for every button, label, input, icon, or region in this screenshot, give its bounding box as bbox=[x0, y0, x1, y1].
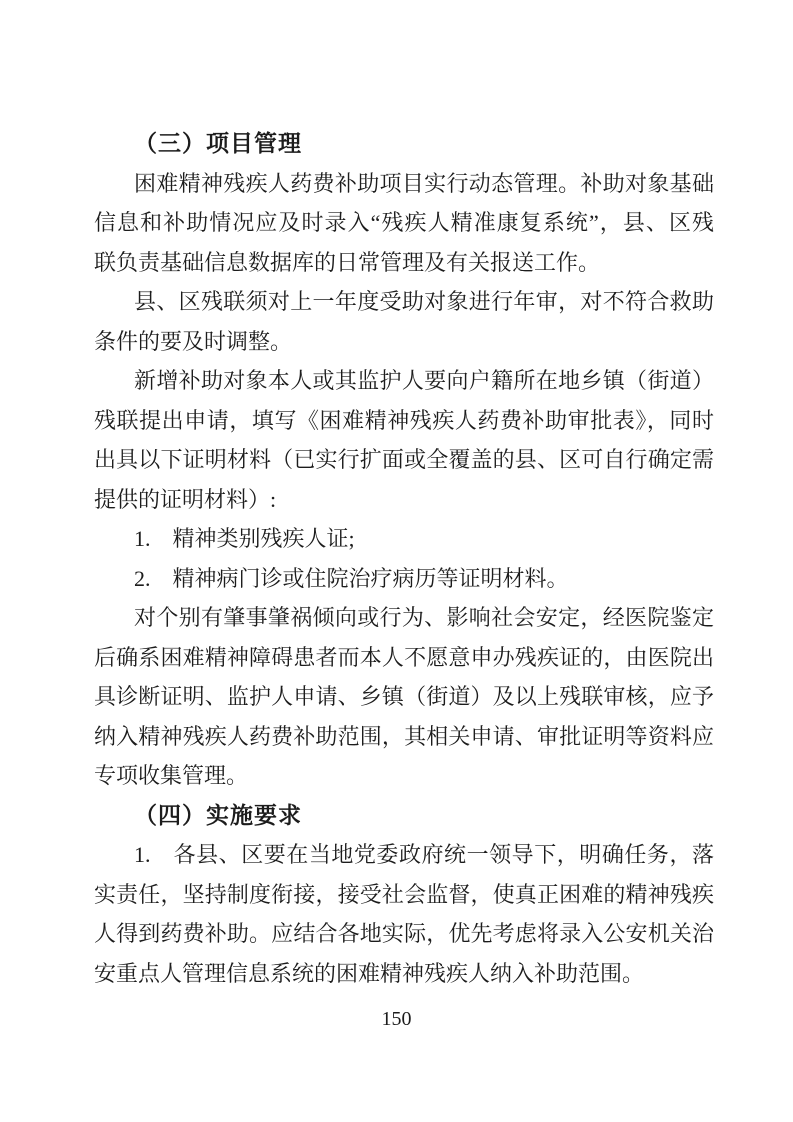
page-number: 150 bbox=[0, 1008, 793, 1031]
section-heading: （四）实施要求 bbox=[94, 796, 714, 836]
text-line: 县、区残联须对上一年度受助对象进行年审，对不符合救助 bbox=[94, 282, 714, 322]
text-line: 残联提出申请，填写《困难精神残疾人药费补助审批表》，同时 bbox=[94, 401, 714, 441]
text-line: 出具以下证明材料（已实行扩面或全覆盖的县、区可自行确定需 bbox=[94, 440, 714, 480]
document-page: （三）项目管理困难精神残疾人药费补助项目实行动态管理。补助对象基础信息和补助情况… bbox=[0, 0, 793, 1122]
text-line: 1. 各县、区要在当地党委政府统一领导下，明确任务，落 bbox=[94, 835, 714, 875]
text-block: （三）项目管理困难精神残疾人药费补助项目实行动态管理。补助对象基础信息和补助情况… bbox=[94, 124, 714, 993]
section-heading: （三）项目管理 bbox=[94, 124, 714, 164]
text-line: 提供的证明材料）: bbox=[94, 480, 714, 520]
text-line: 困难精神残疾人药费补助项目实行动态管理。补助对象基础 bbox=[94, 164, 714, 204]
text-line: 2. 精神病门诊或住院治疗病历等证明材料。 bbox=[94, 559, 714, 599]
text-line: 具诊断证明、监护人申请、乡镇（街道）及以上残联审核，应予 bbox=[94, 677, 714, 717]
text-line: 实责任，坚持制度衔接，接受社会监督，使真正困难的精神残疾 bbox=[94, 875, 714, 915]
text-line: 对个别有肇事肇祸倾向或行为、影响社会安定，经医院鉴定 bbox=[94, 598, 714, 638]
text-line: 安重点人管理信息系统的困难精神残疾人纳入补助范围。 bbox=[94, 954, 714, 994]
text-line: 联负责基础信息数据库的日常管理及有关报送工作。 bbox=[94, 243, 714, 283]
text-line: 信息和补助情况应及时录入“残疾人精准康复系统”，县、区残 bbox=[94, 203, 714, 243]
text-line: 新增补助对象本人或其监护人要向户籍所在地乡镇（街道） bbox=[94, 361, 714, 401]
text-line: 后确系困难精神障碍患者而本人不愿意申办残疾证的，由医院出 bbox=[94, 638, 714, 678]
text-line: 1. 精神类别残疾人证; bbox=[94, 519, 714, 559]
text-line: 专项收集管理。 bbox=[94, 756, 714, 796]
text-line: 条件的要及时调整。 bbox=[94, 322, 714, 362]
text-line: 人得到药费补助。应结合各地实际，优先考虑将录入公安机关治 bbox=[94, 914, 714, 954]
text-line: 纳入精神残疾人药费补助范围，其相关申请、审批证明等资料应 bbox=[94, 717, 714, 757]
